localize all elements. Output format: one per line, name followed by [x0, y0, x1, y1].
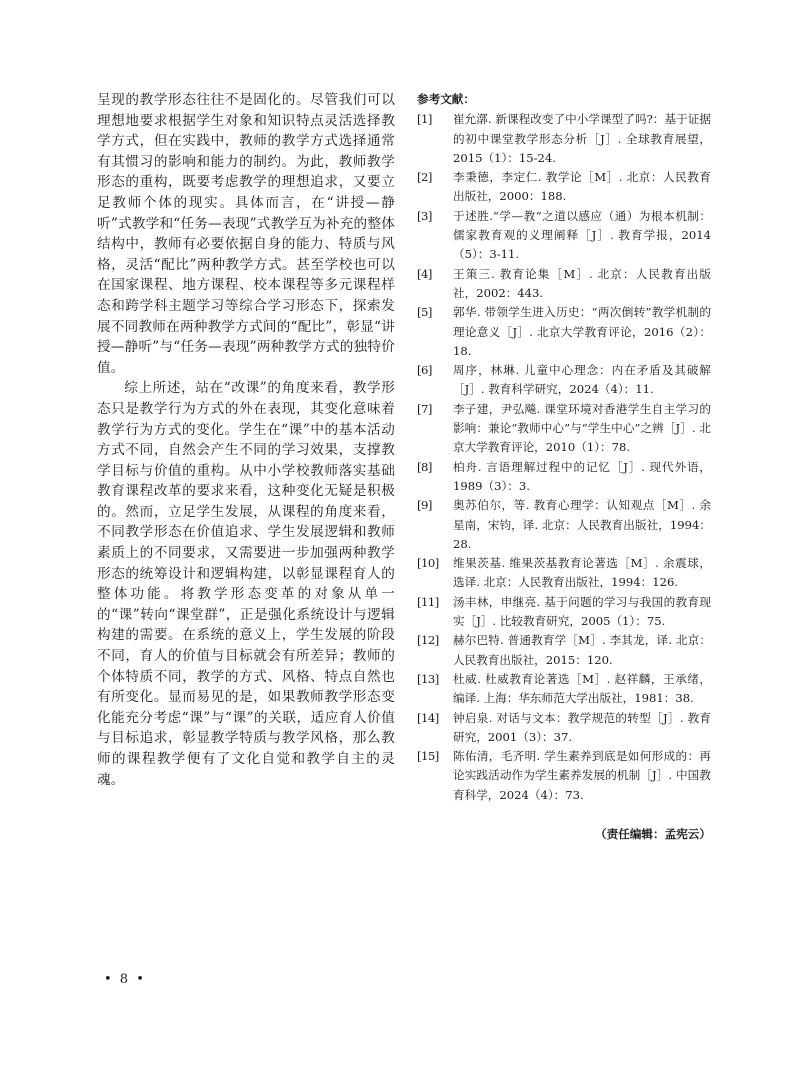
body-paragraph-1: 呈现的教学形态往往不是固化的。尽管我们可以理想地要求根据学生对象和知识特点灵活选…: [97, 90, 395, 378]
reference-item: [6]周序，林琳. 儿童中心理念：内在矛盾及其破解［J］. 教育科学研究，202…: [417, 361, 711, 400]
reference-text: 崔允漷. 新课程改变了中小学课型了吗?：基于证据的初中课堂教学形态分析［J］. …: [453, 112, 711, 165]
body-column: 呈现的教学形态往往不是固化的。尽管我们可以理想地要求根据学生对象和知识特点灵活选…: [97, 90, 395, 790]
reference-text: 钟启泉. 对话与文本：教学规范的转型［J］. 教育研究，2001（3）：37.: [453, 711, 711, 744]
reference-number: [8]: [417, 458, 432, 477]
reference-text: 王策三. 教育论集［M］. 北京：人民教育出版社，2002：443.: [453, 267, 711, 300]
reference-item: [5]郭华. 带领学生进入历史：“两次倒转”教学机制的理论意义［J］. 北京大学…: [417, 303, 711, 361]
reference-text: 赫尔巴特. 普通教育学［M］. 李其龙，译. 北京：人民教育出版社，2015：1…: [453, 633, 711, 666]
reference-item: [2]李秉德，李定仁. 教学论［M］. 北京：人民教育出版社，2000：188.: [417, 168, 711, 207]
reference-item: [9]奥苏伯尔，等. 教育心理学：认知观点［M］. 余星南，宋钧，译. 北京：人…: [417, 496, 711, 554]
reference-number: [4]: [417, 265, 432, 284]
reference-text: 维果茨基. 维果茨基教育论著选［M］. 余震球，选译. 北京：人民教育出版社，1…: [453, 556, 711, 589]
reference-text: 柏舟. 言语理解过程中的记忆［J］. 现代外语，1989（3）：3.: [453, 460, 711, 493]
reference-number: [12]: [417, 631, 439, 650]
page-number: • 8 •: [104, 972, 146, 987]
reference-number: [3]: [417, 207, 432, 226]
reference-text: 汤丰林，申继亮. 基于问题的学习与我国的教育现实［J］. 比较教育研究，2005…: [453, 595, 711, 628]
reference-number: [14]: [417, 709, 439, 728]
reference-item: [1]崔允漷. 新课程改变了中小学课型了吗?：基于证据的初中课堂教学形态分析［J…: [417, 110, 711, 168]
reference-number: [6]: [417, 361, 432, 380]
editor-note: （责任编辑：孟宪云）: [417, 825, 711, 844]
reference-text: 奥苏伯尔，等. 教育心理学：认知观点［M］. 余星南，宋钧，译. 北京：人民教育…: [453, 498, 711, 551]
reference-text: 李秉德，李定仁. 教学论［M］. 北京：人民教育出版社，2000：188.: [453, 170, 711, 203]
reference-number: [5]: [417, 303, 432, 322]
reference-text: 陈佑清，毛齐明. 学生素养到底是如何形成的：再论实践活动作为学生素养发展的机制［…: [453, 749, 711, 802]
reference-text: 李子建，尹弘飚. 课堂环境对香港学生自主学习的影响：兼论“教师中心”与“学生中心…: [453, 402, 711, 455]
reference-number: [11]: [417, 593, 439, 612]
reference-item: [3]于述胜.“学—教”之道以感应（通）为根本机制：儒家教育观的义理阐释［J］.…: [417, 207, 711, 265]
reference-number: [10]: [417, 554, 439, 573]
reference-number: [13]: [417, 670, 439, 689]
reference-number: [15]: [417, 747, 439, 766]
reference-text: 于述胜.“学—教”之道以感应（通）为根本机制：儒家教育观的义理阐释［J］. 教育…: [453, 209, 711, 262]
reference-text: 杜威. 杜威教育论著选［M］. 赵祥麟，王承绪，编译. 上海：华东师范大学出版社…: [453, 672, 711, 705]
reference-item: [10]维果茨基. 维果茨基教育论著选［M］. 余震球，选译. 北京：人民教育出…: [417, 554, 711, 593]
reference-item: [8]柏舟. 言语理解过程中的记忆［J］. 现代外语，1989（3）：3.: [417, 458, 711, 497]
reference-item: [14]钟启泉. 对话与文本：教学规范的转型［J］. 教育研究，2001（3）：…: [417, 709, 711, 748]
reference-item: [7]李子建，尹弘飚. 课堂环境对香港学生自主学习的影响：兼论“教师中心”与“学…: [417, 400, 711, 458]
reference-number: [7]: [417, 400, 432, 419]
reference-item: [11]汤丰林，申继亮. 基于问题的学习与我国的教育现实［J］. 比较教育研究，…: [417, 593, 711, 632]
reference-number: [1]: [417, 110, 432, 129]
references-heading: 参考文献：: [417, 90, 711, 109]
reference-item: [15]陈佑清，毛齐明. 学生素养到底是如何形成的：再论实践活动作为学生素养发展…: [417, 747, 711, 805]
reference-number: [2]: [417, 168, 432, 187]
reference-item: [13]杜威. 杜威教育论著选［M］. 赵祥麟，王承绪，编译. 上海：华东师范大…: [417, 670, 711, 709]
references-column: 参考文献： [1]崔允漷. 新课程改变了中小学课型了吗?：基于证据的初中课堂教学…: [417, 90, 711, 844]
reference-item: [12]赫尔巴特. 普通教育学［M］. 李其龙，译. 北京：人民教育出版社，20…: [417, 631, 711, 670]
body-paragraph-2: 综上所述，站在“改课”的角度来看，教学形态只是教学行为方式的外在表现，其变化意味…: [97, 378, 395, 790]
reference-text: 郭华. 带领学生进入历史：“两次倒转”教学机制的理论意义［J］. 北京大学教育评…: [453, 305, 711, 358]
reference-text: 周序，林琳. 儿童中心理念：内在矛盾及其破解［J］. 教育科学研究，2024（4…: [453, 363, 711, 396]
reference-item: [4]王策三. 教育论集［M］. 北京：人民教育出版社，2002：443.: [417, 265, 711, 304]
reference-number: [9]: [417, 496, 432, 515]
